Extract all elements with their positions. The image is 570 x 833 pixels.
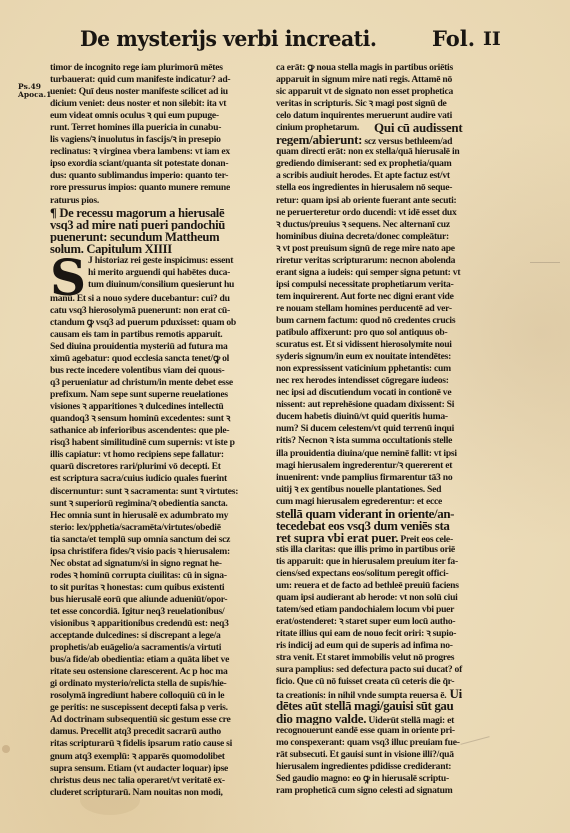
text-line: stella eos ingredientes in hierusalem nō… xyxy=(276,182,502,194)
scripture-quote: ret supra vbi erat puer. xyxy=(276,532,398,544)
text-line: scuratus est. Et si vidissent hierosolym… xyxy=(276,339,502,351)
text-line: regem/abierunt: scz versus bethleem/ad xyxy=(276,134,502,146)
text-line: tecedebat eos vsq3 dum veniēs sta xyxy=(276,520,502,532)
text-line: erant signa a iudeis: qui semper signa p… xyxy=(276,267,502,279)
text-line: ris indicij ad eum qui de superis ad inf… xyxy=(276,640,502,652)
running-head-title: De mysterijs verbi increati. xyxy=(80,26,376,51)
text-line: risq3 habent similitudinē cum supernis: … xyxy=(50,437,272,449)
left-column: timor de incognito rege iam plurimorū mē… xyxy=(50,62,272,799)
text-line: dētes aūt stellā magi/gauisi sūt gau xyxy=(276,700,502,712)
ink-spot xyxy=(2,745,10,753)
text-line: illis capiatur: vt homo recipiens sepe f… xyxy=(50,449,272,461)
text-line: celo datum inquirentes meruerunt audire … xyxy=(276,110,502,122)
text-line: bus hierusalē eorū que aliunde adueniūt/… xyxy=(50,594,272,606)
text-line: sterio: lex/pphetia/sacramēta/virtutes/o… xyxy=(50,522,272,534)
text-line: inuenirent: vnde pamplius firmarentur tā… xyxy=(276,472,502,484)
text-line: discernuntur: sunt ꝛ sacramenta: sunt ꝛ … xyxy=(50,486,272,498)
text-line: Sed diuina prouidentia mysteriū ad futur… xyxy=(50,341,272,353)
text-line: tis apparuit: que in hierusalem preuium … xyxy=(276,556,502,568)
text-span: Preit eos cele- xyxy=(398,534,453,544)
margin-note: Ps.49 Apoca.1 xyxy=(18,83,52,99)
scripture-quote: Qui cū audissent xyxy=(374,122,462,134)
text-line: tatem/sed etiam pandochialem locum vbi p… xyxy=(276,604,502,616)
text-line: acceptande dulcedines: si discrepant a l… xyxy=(50,630,272,642)
text-line: Nec obstat ad signatum/si in signo regna… xyxy=(50,558,272,570)
text-span: scz versus bethleem/ad xyxy=(362,136,452,146)
text-line: ciens/sed expectans eos/solitum peregit … xyxy=(276,568,502,580)
text-line: rāt subsecuti. Et gauisi sunt in visione… xyxy=(276,749,502,761)
text-line: um: reuera et de facto ad bethleē preuiū… xyxy=(276,580,502,592)
text-line: dicium veniet: deus noster et non silebi… xyxy=(50,98,272,110)
text-line: reclinatus: ꝛ virginea vbera lambens: vt… xyxy=(50,146,272,158)
left-lines-before-chapter: timor de incognito rege iam plurimorū mē… xyxy=(50,62,272,207)
text-line: num? Si ducem celestem/vt quid terrenū i… xyxy=(276,423,502,435)
text-line: ducem habetis diuinū/vt quid queritis hu… xyxy=(276,411,502,423)
text-line: tia sancta/et templū sup omnia sanctum d… xyxy=(50,534,272,546)
scripture-quote: Ui xyxy=(446,688,462,700)
scripture-quote: dētes aūt stellā magi/gauisi sūt gau xyxy=(276,700,453,712)
text-line: q3 perueniatur ad christum/in mente debe… xyxy=(50,377,272,389)
text-line: ritis? Necnon ꝛ ista summa occultationis… xyxy=(276,435,502,447)
text-line: hi merito arguendi qui habētes duca- xyxy=(88,267,274,279)
text-line: lis vagiens/ꝛ inuolutus in fascijs/ꝛ in … xyxy=(50,134,272,146)
manuscript-page: De mysterijs verbi increati. Fol. II Ps.… xyxy=(0,0,570,833)
text-line: Ad doctrinam subsequentiū sic gestum ess… xyxy=(50,714,272,726)
text-line: sic apparuit vt de signato non esset pro… xyxy=(276,86,502,98)
text-line: cluderet scripturarū. Nam nouitas non mo… xyxy=(50,787,272,799)
running-head: De mysterijs verbi increati. Fol. II xyxy=(80,26,520,56)
text-line: ta creationis: in nihil vnde sumpta reue… xyxy=(276,688,502,700)
left-lines-after-initial: manū. Et si a nouo sydere ducebantur: cu… xyxy=(50,293,272,799)
text-line: sura pamplius: sed defectura pacto sui d… xyxy=(276,664,502,676)
text-line: ritas scripturarū ꝛ fidelis ipsarum rati… xyxy=(50,738,272,750)
text-span: ta creationis: in nihil vnde sumpta reue… xyxy=(276,690,446,700)
text-line: ueniet: Quī deus noster manifeste scilic… xyxy=(50,86,272,98)
text-line: sathanice ab inferioribus ascendentes: q… xyxy=(50,425,272,437)
text-line: vsq3 ad mire nati pueri pandochiū xyxy=(50,219,272,231)
text-line: nec rex herodes intendisset cōgregare iu… xyxy=(276,375,502,387)
text-line: ꝛ ductus/preuius ꝛ sequens. Nec alternan… xyxy=(276,219,502,231)
text-line: apparuit in signum mire nati regis. Atta… xyxy=(276,74,502,86)
text-line: quarū discretores rari/plurimi vō decept… xyxy=(50,461,272,473)
text-line: cum magi hierusalem egrederentur: et ecc… xyxy=(276,496,502,508)
text-line: recognouerunt eandē esse quam in oriente… xyxy=(276,725,502,737)
text-line: ficio. Que cū nō fuisset creata cū ceter… xyxy=(276,676,502,688)
text-line: damus. Precellit atq3 precedit sacrarū a… xyxy=(50,726,272,738)
text-line: stellā quam viderant in oriente/an- xyxy=(276,508,502,520)
text-line: syderis signum/in eum ex nouitate intend… xyxy=(276,351,502,363)
text-line: visionibus ꝛ apparitionibus credendū est… xyxy=(50,618,272,630)
text-line: gnum atq3 exemplū: ꝛ apparēs quomodolibe… xyxy=(50,751,272,763)
text-line: bum carnem factum: quod nō credentes cru… xyxy=(276,315,502,327)
text-line: retur: quam ipsi ab oriente fuerant ante… xyxy=(276,195,502,207)
text-line: tem inquirerent. Aut forte nec digni era… xyxy=(276,291,502,303)
text-line: bus/a fide/ab obedientia: etiam a quāta … xyxy=(50,654,272,666)
text-line: rore pressurus impios: quanto munere rem… xyxy=(50,182,272,194)
right-lines-d: recognouerunt eandē esse quam in oriente… xyxy=(276,725,502,797)
text-line: ꝛ vt post preuisum signū de rege mire na… xyxy=(276,243,502,255)
text-line: magi hierusalem ingrederentur/ꝛ quereren… xyxy=(276,460,502,472)
text-line: stis illa claritas: que illis primo in p… xyxy=(276,544,502,556)
text-line: timor de incognito rege iam plurimorū mē… xyxy=(50,62,272,74)
scripture-quote: dio magno valde. xyxy=(276,713,366,725)
text-line: prefixum. Nam sepe sunt superne reuelati… xyxy=(50,389,272,401)
text-line: ximū agebatur: quod ecclesia sancta tene… xyxy=(50,353,272,365)
scripture-quote: regem/abierunt: xyxy=(276,134,362,146)
text-line: puenerunt: secundum Mattheum xyxy=(50,231,272,243)
text-line: bus recte incedere volentibus viam dei q… xyxy=(50,365,272,377)
folio-number: II xyxy=(483,28,501,50)
text-line: hierusalem ingredientes pdidisse credide… xyxy=(276,761,502,773)
text-line: turbauerat: quid cum manifeste indicatur… xyxy=(50,74,272,86)
text-line: re nouam stellam homines perducentē ad v… xyxy=(276,303,502,315)
text-line: nec ipsi ad discutiendum vocati in conti… xyxy=(276,387,502,399)
text-line: erat/ostenderet: ꝛ staret super eum locū… xyxy=(276,616,502,628)
text-line: ¶ De recessu magorum a hierusalē xyxy=(50,207,272,219)
text-line: visiones ꝛ apparitiones ꝛ dulcedines int… xyxy=(50,401,272,413)
text-line: nissent: aut reprehēsione quadam dixisse… xyxy=(276,399,502,411)
text-line: causam eis tam in partibus remotis appar… xyxy=(50,329,272,341)
text-line: quam directi erāt: non ex stella/quā hie… xyxy=(276,146,502,158)
text-line: quam ipsi audierant ab herode: vt non so… xyxy=(276,592,502,604)
right-lines-c: stis illa claritas: que illis primo in p… xyxy=(276,544,502,689)
text-line: a scribis audiuit herodes. Et apte factu… xyxy=(276,170,502,182)
text-line: runt. Terret homines illa puericia in cu… xyxy=(50,122,272,134)
text-span: Uiderūt stellā magi: et xyxy=(366,715,454,725)
text-line: uitij ꝛ ex gentibus nouelle plantationes… xyxy=(276,484,502,496)
margin-smudge xyxy=(530,262,560,263)
text-line: prophetis/ab euāgelio/a sacramentis/a vi… xyxy=(50,642,272,654)
text-line: tum diuinum/consilium quesierunt hu xyxy=(88,279,274,291)
text-line: tet esse concordiā. Igitur neq3 reuelati… xyxy=(50,606,272,618)
initial-block: S J historiaz rei geste inspicimus: esse… xyxy=(50,255,272,315)
text-line: rodes ꝛ hominū corrupta ciuilitas: cū in… xyxy=(50,570,272,582)
text-line: illa prouidentia diuina/que neminē falli… xyxy=(276,448,502,460)
right-lines-b: quam directi erāt: non ex stella/quā hie… xyxy=(276,146,502,507)
text-line: ipsa christifera fides/ꝛ visio pacis ꝛ h… xyxy=(50,546,272,558)
text-line: dus: quanto sublimandus imperio: quanto … xyxy=(50,170,272,182)
margin-note-line: Apoca.1 xyxy=(18,91,52,99)
initial-lines: J historiaz rei geste inspicimus: essent… xyxy=(88,255,274,291)
text-line: patibulo affixerunt: pro quo sol antiquu… xyxy=(276,327,502,339)
text-line: rosolymā ingrediunt habere colloquiū cū … xyxy=(50,690,272,702)
text-line: christus deus nec talia operaret/vt veri… xyxy=(50,775,272,787)
text-line: gi ordinato mysterio/relicta stella de s… xyxy=(50,678,272,690)
text-line: J historiaz rei geste inspicimus: essent xyxy=(88,255,274,267)
text-line: non expressissent vaticinium pphetantis:… xyxy=(276,363,502,375)
text-line: ret supra vbi erat puer. Preit eos cele- xyxy=(276,532,502,544)
text-line: Sed gaudio magno: eo ꝙ in hierusalē scri… xyxy=(276,773,502,785)
text-line: ritate illius qui eam de nouo fecit orir… xyxy=(276,628,502,640)
text-line: ctandum ꝙ vsq3 ad puerum pduxisset: quam… xyxy=(50,317,272,329)
scripture-quote-block: stellā quam viderant in oriente/an-teced… xyxy=(276,508,502,532)
text-line: veritas in scripturis. Sic ꝛ magi post s… xyxy=(276,98,502,110)
text-line: supra sensum. Etiam (vt audacter loquar)… xyxy=(50,763,272,775)
text-line: ipso exordia sciant/quanta sit potestate… xyxy=(50,158,272,170)
text-line: ipsi compulsi necessitate prophetiarum v… xyxy=(276,279,502,291)
text-line: est scriptura sacra/cuius iudicio quales… xyxy=(50,473,272,485)
text-line: riretur veritas scripturarum: necnon abo… xyxy=(276,255,502,267)
text-line: hominibus diuina decreta/donec compleātu… xyxy=(276,231,502,243)
decorated-initial: S xyxy=(50,256,84,300)
text-line: sunt ꝛ superiorū regimina/ꝛ obedientia s… xyxy=(50,498,272,510)
text-line: dio magno valde. Uiderūt stellā magi: et xyxy=(276,713,502,725)
text-line: eum videat omnis oculus ꝛ qui eum pupuge… xyxy=(50,110,272,122)
text-line: Hec omnia sunt in hierusalē ex adumbrato… xyxy=(50,510,272,522)
text-line: raturus pios. xyxy=(50,195,272,207)
text-line: quandoq3 ꝛ sensum hominū excedentes: sun… xyxy=(50,413,272,425)
text-line: ram propheticā cum signo celesti ad sign… xyxy=(276,785,502,797)
text-line: ne peruerteretur ordo ducendi: vt idē es… xyxy=(276,207,502,219)
text-line: grediendo dimiserant: sed ex prophetia/q… xyxy=(276,158,502,170)
text-line: stra venit. Et staret immobilis velut nō… xyxy=(276,652,502,664)
text-line: ge peritis: ne suscepissent decepti fals… xyxy=(50,702,272,714)
text-line: ca erāt: ꝙ noua stella magis in partibus… xyxy=(276,62,502,74)
folio-label: Fol. xyxy=(432,26,475,51)
text-line: ritate seu ostensione clarescerent. Ac p… xyxy=(50,666,272,678)
text-line: to sit puritas ꝛ honestas: cum quibus ex… xyxy=(50,582,272,594)
right-column: ca erāt: ꝙ noua stella magis in partibus… xyxy=(276,62,502,797)
text-line: mo conspexerant: quam vsq3 illuc preuiam… xyxy=(276,737,502,749)
